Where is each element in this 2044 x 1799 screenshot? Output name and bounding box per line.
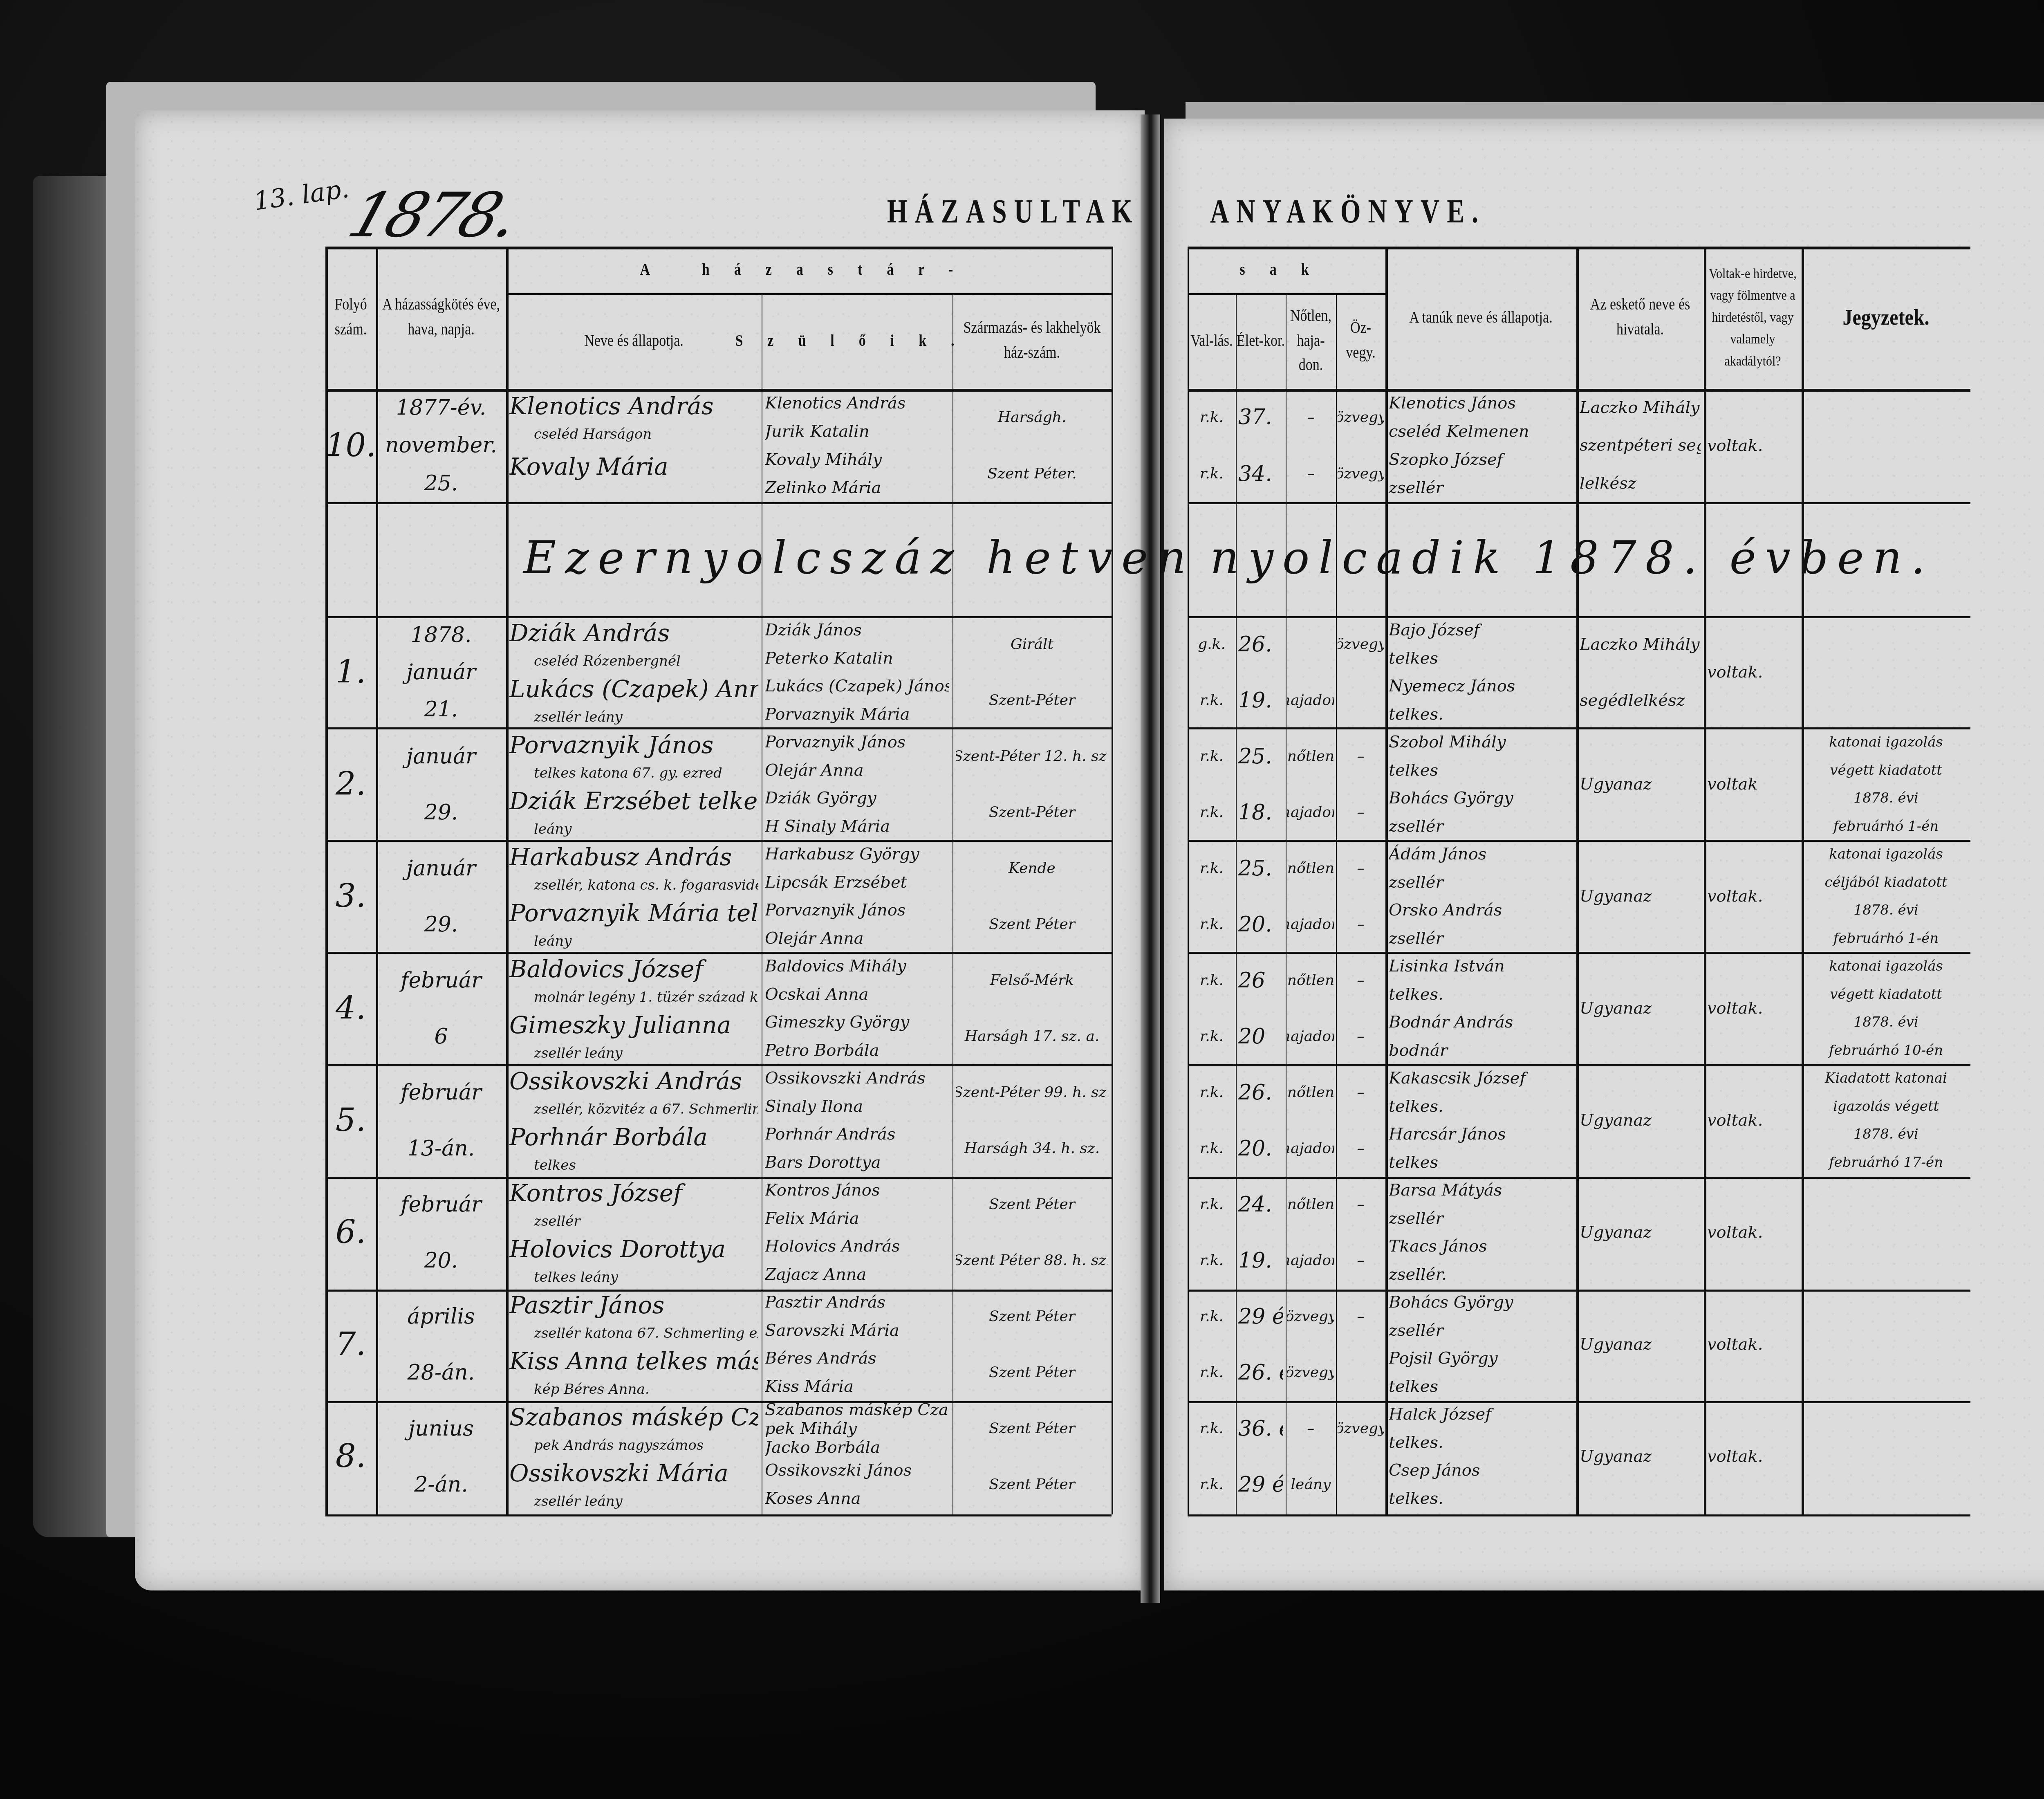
notes xyxy=(1805,1176,1967,1288)
cell-line: r.k. xyxy=(1200,465,1224,482)
notes: katonai igazolásvégett kiadatott1878. év… xyxy=(1805,728,1967,840)
cell-line: Szobol Mihály xyxy=(1389,733,1573,751)
cell-line: 34. xyxy=(1238,462,1283,486)
bride-parents: Holovics AndrásZajacz Anna xyxy=(765,1232,949,1288)
cell-line: Kiadatott katonai xyxy=(1825,1070,1947,1086)
cell-line: Klenotics János xyxy=(1389,394,1573,413)
cell-line: Porvaznyik János xyxy=(765,733,949,751)
groom-origin: Kende xyxy=(956,840,1108,896)
cell-line: leány xyxy=(509,821,758,837)
cell-line: telkes katona 67. gy. ezred xyxy=(509,765,758,781)
bride-origin: Szent Péter 88. h. sz. xyxy=(956,1232,1108,1288)
cell-line: Gimeszky Julianna xyxy=(509,1011,758,1039)
cell-line: 20. xyxy=(424,1248,458,1273)
cell-line: bodnár xyxy=(1389,1041,1573,1060)
groom-age: 25. xyxy=(1238,840,1283,896)
bride-parents: Lukács (Czapek) JánosPorvaznyik Mária xyxy=(765,672,949,728)
cell-line: r.k. xyxy=(1200,1084,1224,1101)
cell-line: Zelinko Mária xyxy=(765,478,949,497)
cell-line: Sinaly Ilona xyxy=(765,1097,949,1116)
banns-status: voltak. xyxy=(1707,1064,1798,1176)
groom-parents: Klenotics AndrásJurik Katalin xyxy=(765,389,949,446)
banns-status: voltak. xyxy=(1707,389,1798,502)
banns-status: voltak. xyxy=(1707,952,1798,1064)
groom-parents: Harkabusz GyörgyLipcsák Erzsébet xyxy=(765,840,949,896)
cell-line: Szent Péter xyxy=(989,1308,1075,1325)
cell-line: r.k. xyxy=(1200,748,1224,765)
groom-origin: Szent-Péter 12. h. sz. xyxy=(956,728,1108,784)
cell-line: telkes. xyxy=(1389,985,1573,1004)
groom-single: nőtlen xyxy=(1287,1176,1334,1232)
witness-bride: Pojsil Györgytelkes xyxy=(1389,1344,1573,1400)
cell-line: 36. éves xyxy=(1238,1416,1283,1441)
cell-line: voltak. xyxy=(1707,1447,1798,1466)
cell-line: zsellér katona 67. Schmerling ezred 14-i… xyxy=(509,1325,758,1341)
cell-line: katonai igazolás xyxy=(1829,958,1943,974)
cell-line: r.k. xyxy=(1200,1364,1224,1381)
marriage-date: 1877-év.november.25. xyxy=(379,389,503,502)
bride-age: 26. éves xyxy=(1238,1344,1283,1400)
witness-groom: Szobol Mihálytelkes xyxy=(1389,728,1573,784)
book-gutter xyxy=(1141,114,1160,1603)
groom-origin: Szent Péter xyxy=(956,1288,1108,1344)
cell-line: Ocskai Anna xyxy=(765,985,949,1004)
cell-line: Ádám János xyxy=(1389,845,1573,864)
cell-line: özvegy xyxy=(1338,1420,1384,1437)
cell-line: Kovaly Mihály xyxy=(765,450,949,469)
witness-bride: Nyemecz Jánostelkes. xyxy=(1389,672,1573,728)
cell-line: Pojsil György xyxy=(1389,1349,1573,1368)
cell-line: telkes xyxy=(1389,1153,1573,1172)
cell-line: voltak xyxy=(1707,775,1798,794)
cell-line: r.k. xyxy=(1200,972,1224,989)
cell-line: céljából kiadatott xyxy=(1824,874,1947,891)
cell-line: Klenotics András xyxy=(509,392,758,420)
cell-line: – xyxy=(1307,465,1315,482)
header-name-status: Neve és állapotja. xyxy=(506,286,762,396)
cell-line: 29 éves xyxy=(1238,1304,1283,1329)
cell-line: özvegy xyxy=(1338,409,1384,426)
cell-line: Ossikovszki András xyxy=(509,1067,758,1095)
groom-origin: Girált xyxy=(956,616,1108,672)
cell-line: végett kiadatott xyxy=(1830,986,1942,1003)
bride-origin: Szent Péter. xyxy=(956,446,1108,502)
groom-age: 26 xyxy=(1238,952,1283,1008)
groom-religion: r.k. xyxy=(1189,952,1234,1008)
officiant: Ugyanaz xyxy=(1580,1400,1701,1512)
bride-name-status: Dziák Erzsébet telkesleány xyxy=(509,784,758,840)
groom-religion: r.k. xyxy=(1189,389,1234,446)
bride-age: 20 xyxy=(1238,1008,1283,1064)
bride-single: hajadon xyxy=(1287,896,1334,952)
cell-line: Dziák György xyxy=(765,789,949,808)
cell-line: 19. xyxy=(1238,688,1283,713)
witness-groom: Barsa Mátyászsellér xyxy=(1389,1176,1573,1232)
cell-line: özvegy xyxy=(1287,1308,1334,1325)
cell-line: Kakascsik József xyxy=(1389,1069,1573,1088)
record-number: 5. xyxy=(325,1064,376,1176)
witness-bride: Orsko Andrászsellér xyxy=(1389,896,1573,952)
cell-line: zsellér leány xyxy=(509,1493,758,1510)
cell-line: nőtlen xyxy=(1287,860,1334,877)
cell-line: Kontros József xyxy=(509,1179,758,1207)
cell-line: 6 xyxy=(434,1024,448,1049)
cell-line: Bajo József xyxy=(1389,621,1573,639)
groom-age: 36. éves xyxy=(1238,1400,1283,1456)
column-rule xyxy=(1236,293,1237,1514)
cell-line: Szopko József xyxy=(1389,450,1573,469)
groom-age: 24. xyxy=(1238,1176,1283,1232)
header-origin: Származás- és lakhelyök ház-szám. xyxy=(953,286,1112,396)
groom-parents: Dziák JánosPeterko Katalin xyxy=(765,616,949,672)
cell-line: Barsa Mátyás xyxy=(1389,1181,1573,1200)
witness-groom: Ádám Jánoszsellér xyxy=(1389,840,1573,896)
groom-parents: Ossikovszki AndrásSinaly Ilona xyxy=(765,1064,949,1120)
bride-origin: Szent Péter xyxy=(956,896,1108,952)
cell-line: Szent Péter xyxy=(989,916,1075,933)
cell-line: Nyemecz János xyxy=(1389,677,1573,695)
groom-name-status: Porvaznyik Jánostelkes katona 67. gy. ez… xyxy=(509,728,758,784)
banns-status: voltak. xyxy=(1707,1288,1798,1400)
cell-line: katonai igazolás xyxy=(1829,846,1943,862)
cell-line: 29. xyxy=(424,912,458,937)
bride-religion: r.k. xyxy=(1189,1008,1234,1064)
bride-name-status: Lukács (Czapek) Annazsellér leány xyxy=(509,672,758,728)
cell-line: Porvaznyik Mária telkes xyxy=(509,899,758,927)
cell-line: zsellér xyxy=(1389,817,1573,836)
cell-line: 1878. évi xyxy=(1853,790,1918,806)
groom-age: 26. xyxy=(1238,616,1283,672)
bride-widowed xyxy=(1338,672,1384,728)
header-officiant: Az eskető neve és hivatala. xyxy=(1576,236,1704,399)
groom-origin: Harságh. xyxy=(956,389,1108,446)
cell-line: Porvaznyik János xyxy=(765,901,949,920)
cell-line: voltak. xyxy=(1707,436,1798,455)
cell-line: voltak. xyxy=(1707,887,1798,906)
cell-line: április xyxy=(407,1304,475,1329)
cell-line: zsellér. xyxy=(1389,1265,1573,1284)
groom-widowed: – xyxy=(1338,952,1384,1008)
cell-line: Bohács György xyxy=(1389,1293,1573,1312)
cell-line: Szent Péter xyxy=(989,1420,1075,1437)
cell-line: 1878. xyxy=(411,623,472,647)
groom-name-status: Dziák Andráscseléd Rózenbergnél xyxy=(509,616,758,672)
column-rule xyxy=(376,247,378,1514)
witness-bride: Harcsár Jánostelkes xyxy=(1389,1120,1573,1176)
column-rule xyxy=(1576,247,1579,1514)
notes: katonai igazoláscéljából kiadatott1878. … xyxy=(1805,840,1967,952)
banns-status: voltak xyxy=(1707,728,1798,840)
cell-line: – xyxy=(1357,1252,1365,1269)
cell-line: februárhó 17-én xyxy=(1829,1154,1943,1171)
cell-line: 20. xyxy=(1238,912,1283,937)
bride-age: 18. xyxy=(1238,784,1283,840)
cell-line: Szabanos máskép Cza- xyxy=(765,1400,949,1419)
notes xyxy=(1805,1400,1967,1512)
notes xyxy=(1805,1288,1967,1400)
bride-parents: Porvaznyik JánosOlejár Anna xyxy=(765,896,949,952)
cell-line: Lukács (Czapek) Anna xyxy=(509,675,758,703)
cell-line: telkes xyxy=(1389,649,1573,668)
bride-origin: Szent Péter xyxy=(956,1456,1108,1512)
groom-parents: Szabanos máskép Cza-pek MihályJacko Borb… xyxy=(765,1400,949,1456)
cell-line: g.k. xyxy=(1198,636,1226,653)
marriage-date: 1878.január21. xyxy=(379,616,503,728)
column-rule xyxy=(1188,247,1189,1514)
cell-line: Szent Péter. xyxy=(987,465,1076,482)
groom-religion: r.k. xyxy=(1189,1064,1234,1120)
cell-line: voltak. xyxy=(1707,999,1798,1018)
cell-line: r.k. xyxy=(1200,1028,1224,1045)
groom-religion: r.k. xyxy=(1189,728,1234,784)
row-rule xyxy=(325,1514,1112,1516)
cell-line: Szent-Péter 12. h. sz. xyxy=(956,748,1108,765)
cell-line: katonai igazolás xyxy=(1829,734,1943,750)
cell-line: Felix Mária xyxy=(765,1209,949,1228)
cell-line: Harságh 34. h. sz. xyxy=(964,1140,1100,1157)
groom-widowed: özvegy xyxy=(1338,1400,1384,1456)
officiant: Ugyanaz xyxy=(1580,952,1701,1064)
cell-line: Jacko Borbála xyxy=(765,1438,949,1456)
groom-widowed: özvegy xyxy=(1338,616,1384,672)
title-right: ANYAKÖNYVE. xyxy=(1210,192,1486,231)
groom-religion: r.k. xyxy=(1189,1176,1234,1232)
cell-line: r.k. xyxy=(1200,860,1224,877)
cell-line: 13-án. xyxy=(408,1136,475,1161)
bride-widowed: – xyxy=(1338,1232,1384,1288)
bride-name-status: Kiss Anna telkes más-kép Béres Anna. xyxy=(509,1344,758,1400)
notes: Kiadatott katonaiigazolás végett1878. év… xyxy=(1805,1064,1967,1176)
groom-widowed: – xyxy=(1338,1176,1384,1232)
cell-line: Kiss Mária xyxy=(765,1377,949,1396)
cell-line: zsellér leány xyxy=(509,1045,758,1061)
cell-line: 21. xyxy=(424,697,458,722)
cell-line: Baldovics József xyxy=(509,955,758,983)
cell-line: junius xyxy=(408,1416,474,1441)
bride-single: leány xyxy=(1287,1456,1334,1512)
header-parents: Szülőik. xyxy=(762,286,953,396)
column-rule xyxy=(506,247,509,1514)
bride-name-status: Gimeszky Juliannazsellér leány xyxy=(509,1008,758,1064)
cell-line: Sarovszki Mária xyxy=(765,1321,949,1340)
cell-line: – xyxy=(1357,860,1365,877)
groom-origin: Szent Péter xyxy=(956,1176,1108,1232)
cell-line: zsellér xyxy=(1389,478,1573,497)
groom-single: nőtlen xyxy=(1287,952,1334,1008)
bride-name-status: Holovics Dorottyatelkes leány xyxy=(509,1232,758,1288)
bride-parents: Dziák GyörgyH Sinaly Mária xyxy=(765,784,949,840)
bride-religion: r.k. xyxy=(1189,896,1234,952)
cell-line: 37. xyxy=(1238,405,1283,429)
cell-line: r.k. xyxy=(1200,692,1224,709)
bride-single: hajadon xyxy=(1287,1120,1334,1176)
cell-line: november. xyxy=(385,433,497,458)
cell-line: végett kiadatott xyxy=(1830,762,1942,778)
bride-widowed: – xyxy=(1338,784,1384,840)
cell-line: – xyxy=(1357,1140,1365,1157)
cell-line: 20 xyxy=(1238,1024,1283,1049)
record-number: 10. xyxy=(325,389,376,502)
column-rule xyxy=(953,293,953,1514)
cell-line: telkes xyxy=(509,1157,758,1173)
cell-line: Jurik Katalin xyxy=(765,422,949,441)
cell-line: r.k. xyxy=(1200,1308,1224,1325)
cell-line: voltak. xyxy=(1707,663,1798,682)
cell-line: telkes. xyxy=(1389,1097,1573,1116)
cell-line: voltak. xyxy=(1707,1335,1798,1354)
row-rule xyxy=(325,502,1112,504)
groom-name-status: Klenotics Andráscseléd Harságon xyxy=(509,389,758,446)
record-number: 7. xyxy=(325,1288,376,1400)
cell-line: r.k. xyxy=(1200,1420,1224,1437)
header-notes: Jegyzetek. xyxy=(1802,236,1970,399)
cell-line: Porhnár Borbála xyxy=(509,1123,758,1151)
officiant: Ugyanaz xyxy=(1580,1176,1701,1288)
column-rule xyxy=(1385,247,1388,1514)
header-date: A házasságkötés éve, hava, napja. xyxy=(376,236,506,399)
cell-line: Harkabusz András xyxy=(509,843,758,871)
banns-status: voltak. xyxy=(1707,840,1798,952)
bride-age: 20. xyxy=(1238,896,1283,952)
cell-line: r.k. xyxy=(1200,409,1224,426)
cell-line: Szent-Péter xyxy=(989,804,1076,821)
witness-groom: Lisinka Istvántelkes. xyxy=(1389,952,1573,1008)
record-number: 8. xyxy=(325,1400,376,1512)
bride-religion: r.k. xyxy=(1189,1344,1234,1400)
witness-bride: Tkacs Jánoszsellér. xyxy=(1389,1232,1573,1288)
cell-line: Orsko András xyxy=(1389,901,1573,920)
bride-origin: Szent-Péter xyxy=(956,784,1108,840)
bride-religion: r.k. xyxy=(1189,446,1234,502)
marriage-date: január29. xyxy=(379,728,503,840)
header-religion: Val-lás. xyxy=(1188,286,1236,396)
marriage-date: február13-án. xyxy=(379,1064,503,1176)
cell-line: pek Mihály xyxy=(765,1419,949,1438)
cell-line: Porvaznyik Mária xyxy=(765,705,949,724)
cell-line: 29. xyxy=(424,800,458,825)
column-rule xyxy=(1336,293,1337,1514)
groom-single xyxy=(1287,616,1334,672)
bride-religion: r.k. xyxy=(1189,1120,1234,1176)
witness-bride: Bodnár Andrásbodnár xyxy=(1389,1008,1573,1064)
cell-line: hajadon xyxy=(1287,1252,1334,1269)
bride-widowed: – xyxy=(1338,896,1384,952)
bride-single: hajadon xyxy=(1287,672,1334,728)
cell-line: Peterko Katalin xyxy=(765,649,949,668)
cell-line: Girált xyxy=(1011,636,1053,653)
cell-line: Porhnár András xyxy=(765,1125,949,1144)
notes xyxy=(1805,389,1967,502)
bride-single: hajadon xyxy=(1287,784,1334,840)
cell-line: segédlelkész xyxy=(1580,691,1701,710)
bride-widowed xyxy=(1338,1456,1384,1512)
cell-line: Harcsár János xyxy=(1389,1125,1573,1144)
cell-line: februárhó 10-én xyxy=(1829,1042,1943,1059)
officiant: Ugyanaz xyxy=(1580,728,1701,840)
marriage-date: február6 xyxy=(379,952,503,1064)
cell-line: Szent Péter xyxy=(989,1476,1075,1493)
cell-line: Szent Péter 88. h. sz. xyxy=(956,1252,1108,1269)
cell-line: Pasztir János xyxy=(509,1291,758,1319)
cell-line: 28-án. xyxy=(408,1360,475,1385)
cell-line: Dziák János xyxy=(765,621,949,639)
groom-widowed: – xyxy=(1338,728,1384,784)
cell-line: r.k. xyxy=(1200,916,1224,933)
groom-single: – xyxy=(1287,1400,1334,1456)
column-rule xyxy=(1112,247,1113,1514)
officiant: Laczko Mihályszentpéteri segéd-lelkész xyxy=(1580,389,1701,502)
cell-line: r.k. xyxy=(1200,1252,1224,1269)
groom-single: nőtlen xyxy=(1287,840,1334,896)
groom-name-status: Harkabusz Andrászsellér, katona cs. k. f… xyxy=(509,840,758,896)
groom-widowed: özvegy xyxy=(1338,389,1384,446)
cell-line: Harkabusz György xyxy=(765,845,949,864)
cell-line: Holovics Dorottya xyxy=(509,1235,758,1263)
bride-widowed: – xyxy=(1338,1120,1384,1176)
cell-line: – xyxy=(1357,916,1365,933)
groom-age: 26. xyxy=(1238,1064,1283,1120)
cell-line: 2-án. xyxy=(414,1472,468,1497)
cell-line: Ugyanaz xyxy=(1580,1111,1701,1130)
groom-widowed: – xyxy=(1338,1288,1384,1344)
bride-parents: Porhnár AndrásBars Dorottya xyxy=(765,1120,949,1176)
cell-line: Kiss Anna telkes más- xyxy=(509,1347,758,1375)
cell-line: cseléd Harságon xyxy=(509,426,758,442)
bride-religion: r.k. xyxy=(1189,784,1234,840)
cell-line: január xyxy=(406,856,476,881)
year-divider-right: nyolcadik 1878. évben. xyxy=(1210,532,1803,613)
cell-line: Szent Péter xyxy=(989,1196,1075,1213)
groom-single: özvegy xyxy=(1287,1288,1334,1344)
cell-line: 26. éves xyxy=(1238,1360,1283,1385)
cell-line: igazolás végett xyxy=(1833,1098,1939,1115)
cell-line: Ossikovszki János xyxy=(765,1461,949,1480)
cell-line: zsellér xyxy=(1389,1321,1573,1340)
groom-parents: Baldovics MihályOcskai Anna xyxy=(765,952,949,1008)
witness-groom: Halck Józseftelkes. xyxy=(1389,1400,1573,1456)
cell-line: Pasztir András xyxy=(765,1293,949,1312)
groom-parents: Porvaznyik JánosOlejár Anna xyxy=(765,728,949,784)
cell-line: Dziák András xyxy=(509,619,758,647)
cell-line: r.k. xyxy=(1200,1476,1224,1493)
row-rule xyxy=(1188,1514,1970,1516)
cell-line: zsellér, közvitéz a 67. Schmerling ezred… xyxy=(509,1101,758,1117)
cell-line: hajadon xyxy=(1287,916,1334,933)
cell-line: Ugyanaz xyxy=(1580,1335,1701,1354)
marriage-date: február20. xyxy=(379,1176,503,1288)
groom-name-status: Kontros Józsefzsellér xyxy=(509,1176,758,1232)
header-witnesses: A tanúk neve és állapotja. xyxy=(1385,236,1576,399)
cell-line: 26. xyxy=(1238,1080,1283,1105)
groom-name-status: Pasztir Jánoszsellér katona 67. Schmerli… xyxy=(509,1288,758,1344)
cell-line: 1878. évi xyxy=(1853,902,1918,918)
record-number: 3. xyxy=(325,840,376,952)
header-single: Nőtlen, haja-don. xyxy=(1286,286,1336,396)
row-rule xyxy=(1188,502,1970,504)
cell-line: r.k. xyxy=(1200,804,1224,821)
cell-line: Lukács (Czapek) János xyxy=(765,677,949,695)
bride-age: 29 éves xyxy=(1238,1456,1283,1512)
bride-single: – xyxy=(1287,446,1334,502)
witness-groom: Klenotics Jánoscseléd Kelmenen xyxy=(1389,389,1573,446)
cell-line: telkes xyxy=(1389,1377,1573,1396)
cell-line: februárhó 1-én xyxy=(1833,818,1939,834)
cell-line: Zajacz Anna xyxy=(765,1265,949,1284)
cell-line: molnár legény 1. tüzér század katona xyxy=(509,989,758,1005)
cell-line: február xyxy=(401,1080,482,1105)
groom-religion: r.k. xyxy=(1189,1400,1234,1456)
cell-line: – xyxy=(1357,1084,1365,1101)
